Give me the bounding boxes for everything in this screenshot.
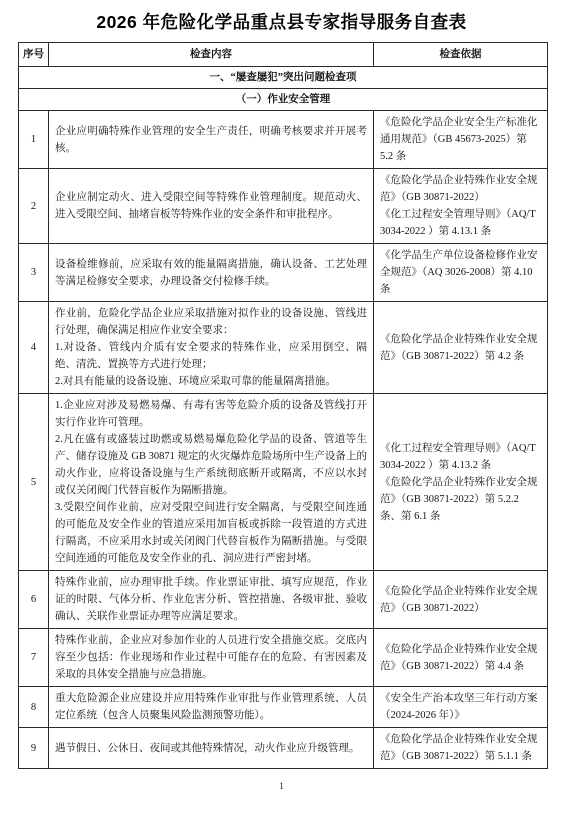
table-row: 3 设备检维修前，应采取有效的能量隔离措施，确认设备、工艺处理等满足检修安全要求… bbox=[19, 244, 548, 302]
table-header-row: 序号 检查内容 检查依据 bbox=[19, 43, 548, 67]
column-header-content: 检查内容 bbox=[49, 43, 374, 67]
inspection-content: 重大危险源企业应建设并应用特殊作业审批与作业管理系统、人员定位系统（包含人员聚集… bbox=[49, 687, 374, 728]
section-title-repeat-violations: 一、“屡查屡犯”突出问题检查项 bbox=[19, 67, 548, 89]
self-inspection-table: 序号 检查内容 检查依据 一、“屡查屡犯”突出问题检查项 （一）作业安全管理 1… bbox=[18, 42, 548, 769]
row-number: 9 bbox=[19, 728, 49, 769]
inspection-basis: 《危险化学品企业特殊作业安全规范》（GB 30871-2022） 《化工过程安全… bbox=[374, 169, 548, 244]
table-row: 1 企业应明确特殊作业管理的安全生产责任，明确考核要求并开展考核。 《危险化学品… bbox=[19, 111, 548, 169]
inspection-content: 企业应制定动火、进入受限空间等特殊作业管理制度。规范动火、进入受限空间、抽堵盲板… bbox=[49, 169, 374, 244]
inspection-basis: 《危险化学品企业特殊作业安全规范》（GB 30871-2022）第 5.1.1 … bbox=[374, 728, 548, 769]
inspection-basis: 《危险化学品企业特殊作业安全规范》（GB 30871-2022）第 4.2 条 bbox=[374, 302, 548, 394]
row-number: 1 bbox=[19, 111, 49, 169]
row-number: 4 bbox=[19, 302, 49, 394]
inspection-basis: 《危险化学品企业安全生产标准化通用规范》（GB 45673-2025）第 5.2… bbox=[374, 111, 548, 169]
row-number: 2 bbox=[19, 169, 49, 244]
row-number: 8 bbox=[19, 687, 49, 728]
inspection-basis: 《化工过程安全管理导则》（AQ/T 3034-2022 ）第 4.13.2 条 … bbox=[374, 394, 548, 571]
column-header-serial: 序号 bbox=[19, 43, 49, 67]
inspection-basis: 《安全生产治本攻坚三年行动方案（2024-2026 年）》 bbox=[374, 687, 548, 728]
section-row-1: 一、“屡查屡犯”突出问题检查项 bbox=[19, 67, 548, 89]
inspection-content: 遇节假日、公休日、夜间或其他特殊情况，动火作业应升级管理。 bbox=[49, 728, 374, 769]
table-row: 8 重大危险源企业应建设并应用特殊作业审批与作业管理系统、人员定位系统（包含人员… bbox=[19, 687, 548, 728]
inspection-content: 1.企业应对涉及易燃易爆、有毒有害等危险介质的设备及管线打开实行作业许可管理。 … bbox=[49, 394, 374, 571]
table-row: 7 特殊作业前，企业应对参加作业的人员进行安全措施交底。交底内容至少包括：作业现… bbox=[19, 629, 548, 687]
inspection-content: 企业应明确特殊作业管理的安全生产责任，明确考核要求并开展考核。 bbox=[49, 111, 374, 169]
inspection-content: 设备检维修前，应采取有效的能量隔离措施，确认设备、工艺处理等满足检修安全要求，办… bbox=[49, 244, 374, 302]
table-row: 2 企业应制定动火、进入受限空间等特殊作业管理制度。规范动火、进入受限空间、抽堵… bbox=[19, 169, 548, 244]
page-number: 1 bbox=[0, 782, 563, 792]
row-number: 6 bbox=[19, 571, 49, 629]
inspection-content: 作业前，危险化学品企业应采取措施对拟作业的设备设施、管线进行处理，确保满足相应作… bbox=[49, 302, 374, 394]
table-row: 6 特殊作业前，应办理审批手续。作业票证审批、填写应规范，作业证的时限、气体分析… bbox=[19, 571, 548, 629]
document-page: 2026 年危险化学品重点县专家指导服务自查表 序号 检查内容 检查依据 一、“… bbox=[0, 0, 563, 823]
row-number: 7 bbox=[19, 629, 49, 687]
row-number: 5 bbox=[19, 394, 49, 571]
inspection-basis: 《危险化学品企业特殊作业安全规范》（GB 30871-2022） bbox=[374, 571, 548, 629]
section-row-2: （一）作业安全管理 bbox=[19, 89, 548, 111]
table-row: 4 作业前，危险化学品企业应采取措施对拟作业的设备设施、管线进行处理，确保满足相… bbox=[19, 302, 548, 394]
section-title-operation-safety: （一）作业安全管理 bbox=[19, 89, 548, 111]
inspection-basis: 《危险化学品企业特殊作业安全规范》（GB 30871-2022）第 4.4 条 bbox=[374, 629, 548, 687]
column-header-basis: 检查依据 bbox=[374, 43, 548, 67]
table-row: 9 遇节假日、公休日、夜间或其他特殊情况，动火作业应升级管理。 《危险化学品企业… bbox=[19, 728, 548, 769]
row-number: 3 bbox=[19, 244, 49, 302]
inspection-basis: 《化学品生产单位设备检修作业安全规范》（AQ 3026-2008）第 4.10 … bbox=[374, 244, 548, 302]
page-title: 2026 年危险化学品重点县专家指导服务自查表 bbox=[0, 0, 563, 34]
inspection-content: 特殊作业前，应办理审批手续。作业票证审批、填写应规范，作业证的时限、气体分析、作… bbox=[49, 571, 374, 629]
table-row: 5 1.企业应对涉及易燃易爆、有毒有害等危险介质的设备及管线打开实行作业许可管理… bbox=[19, 394, 548, 571]
inspection-content: 特殊作业前，企业应对参加作业的人员进行安全措施交底。交底内容至少包括：作业现场和… bbox=[49, 629, 374, 687]
